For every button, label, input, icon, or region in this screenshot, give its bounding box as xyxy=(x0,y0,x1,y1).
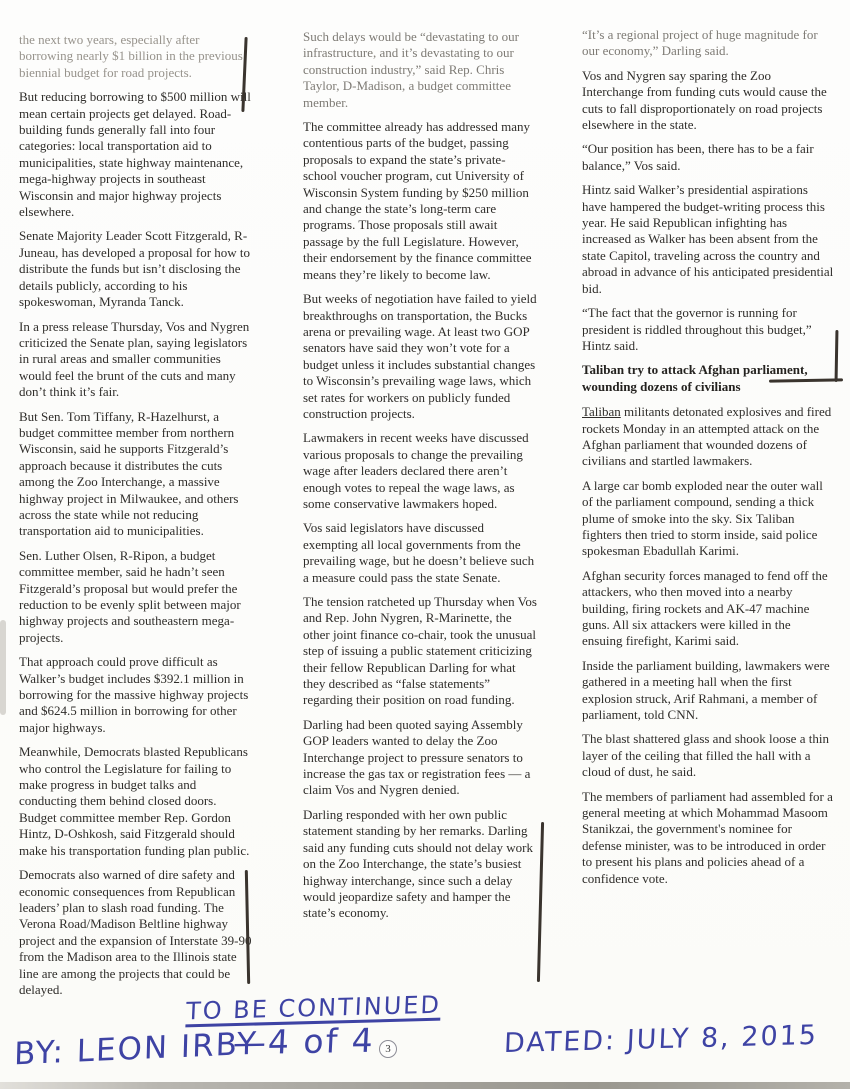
scan-edge-smudge xyxy=(0,620,6,715)
paragraph: A large car bomb exploded near the outer… xyxy=(582,478,834,560)
handwritten-byline: BY: LEON IRBY xyxy=(14,1026,259,1073)
paragraph: Hintz said Walker’s presidential aspirat… xyxy=(582,182,834,297)
paragraph: “Our position has been, there has to be … xyxy=(582,141,834,174)
paragraph: Darling had been quoted saying Assembly … xyxy=(303,717,539,799)
handwritten-to-be-continued: TO BE CONTINUED xyxy=(185,991,441,1026)
paragraph: Senate Majority Leader Scott Fitzgerald,… xyxy=(19,228,252,310)
paragraph: Afghan security forces managed to fend o… xyxy=(582,568,834,650)
scanned-newspaper-page: the next two years, especially after bor… xyxy=(0,0,850,1089)
paragraph: The committee already has addressed many… xyxy=(303,119,539,283)
paragraph: Inside the parliament building, lawmaker… xyxy=(582,658,834,724)
scan-bottom-edge xyxy=(0,1082,850,1089)
paragraph: “The fact that the governor is running f… xyxy=(582,305,834,354)
paragraph: The members of parliament had assembled … xyxy=(582,789,834,887)
paragraph: In a press release Thursday, Vos and Nyg… xyxy=(19,319,252,401)
paragraph: Meanwhile, Democrats blasted Republicans… xyxy=(19,744,252,859)
article-column-3: “It’s a regional project of huge magnitu… xyxy=(582,27,834,895)
handwritten-date: DATED: JULY 8, 2015 xyxy=(503,1020,818,1059)
paragraph: Such delays would be “devastating to our… xyxy=(303,29,539,111)
article-column-2: Such delays would be “devastating to our… xyxy=(303,29,539,930)
paragraph: The blast shattered glass and shook loos… xyxy=(582,731,834,780)
paragraph: Lawmakers in recent weeks have discussed… xyxy=(303,430,539,512)
article-column-1: the next two years, especially after bor… xyxy=(19,32,252,1006)
paragraph: Taliban militants detonated explosives a… xyxy=(582,404,834,470)
paragraph: The tension ratcheted up Thursday when V… xyxy=(303,594,539,709)
paragraph: Darling responded with her own public st… xyxy=(303,807,539,922)
paragraph: “It’s a regional project of huge magnitu… xyxy=(582,27,834,60)
paragraph: But Sen. Tom Tiffany, R-Hazelhurst, a bu… xyxy=(19,409,252,540)
paragraph: But weeks of negotiation have failed to … xyxy=(303,291,539,422)
page-number: 3 xyxy=(379,1040,397,1058)
paragraph: Democrats also warned of dire safety and… xyxy=(19,867,252,998)
underlined-word-taliban: Taliban xyxy=(582,404,621,419)
paragraph: Vos and Nygren say sparing the Zoo Inter… xyxy=(582,68,834,134)
paragraph: But reducing borrowing to $500 million w… xyxy=(19,89,252,220)
pen-corner-bracket-vertical xyxy=(835,330,839,382)
paragraph: Vos said legislators have discussed exem… xyxy=(303,520,539,586)
paragraph: the next two years, especially after bor… xyxy=(19,32,252,81)
paragraph: That approach could prove difficult as W… xyxy=(19,654,252,736)
paragraph: Sen. Luther Olsen, R-Ripon, a budget com… xyxy=(19,548,252,646)
